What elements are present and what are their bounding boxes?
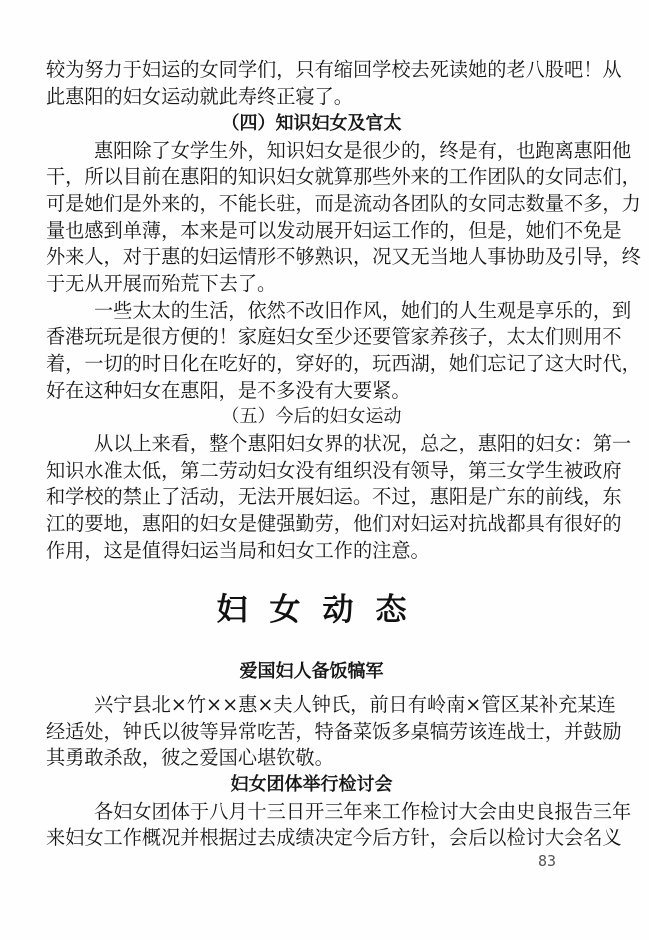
text-line: 干，所以目前在惠阳的知识妇女就算那些外来的工作团队的女同志们，	[46, 164, 577, 190]
text-line: 各妇女团体于八月十三日开三年来工作检讨大会由史良报告三年	[94, 799, 577, 825]
chapter-title: 妇女动态	[46, 590, 577, 630]
text-line: 江的要地，惠阳的妇女是健强勤劳，他们对妇运对抗战都具有很好的	[46, 511, 577, 537]
text-line: 兴宁县北×竹××惠×夫人钟氏，前日有岭南×管区某补充某连	[94, 692, 577, 718]
text-line: 此惠阳的妇女运动就此寿终正寝了。	[46, 84, 577, 110]
section-heading: （四）知识妇女及官太	[46, 111, 577, 137]
text-line: 好在这种妇女在惠阳，是不多没有大要紧。	[46, 378, 577, 404]
text-line: 来妇女工作概况并根据过去成绩决定今后方针，会后以检讨大会名义	[46, 825, 577, 851]
text-line: 作用，这是值得妇运当局和妇女工作的注意。	[46, 538, 577, 564]
news-heading: 爱国妇人备饭犒军	[46, 659, 577, 685]
page-number: 83	[538, 852, 556, 870]
text-line: 经适处，钟氏以彼等异常吃苦，特备菜饭多桌犒劳该连战士，并鼓励	[46, 719, 577, 745]
text-line: 香港玩玩是很方便的！家庭妇女至少还要管家养孩子，太太们则用不	[46, 324, 577, 350]
text-line: 一些太太的生活，依然不改旧作风，她们的人生观是享乐的，到	[94, 298, 577, 324]
text-line: 着，一切的时日化在吃好的，穿好的，玩西湖，她们忘记了这大时代，	[46, 351, 577, 377]
text-line: 于无从开展而殆荒下去了。	[46, 271, 577, 297]
text-line: 惠阳除了女学生外，知识妇女是很少的，终是有，也跑离惠阳他	[94, 138, 577, 164]
text-line: 和学校的禁止了活动，无法开展妇运。不过，惠阳是广东的前线，东	[46, 484, 577, 510]
text-line: 知识水准太低，第二劳动妇女没有组织没有领导，第三女学生被政府	[46, 458, 577, 484]
text-line: 可是她们是外来的，不能长驻，而是流动各团队的女同志数量不多，力	[46, 191, 577, 217]
text-line: 从以上来看，整个惠阳妇女界的状况，总之，惠阳的妇女：第一	[94, 431, 577, 457]
text-line: 较为努力于妇运的女同学们，只有缩回学校去死读她的老八股吧！从	[46, 57, 577, 83]
book-page: 较为努力于妇运的女同学们，只有缩回学校去死读她的老八股吧！从 此惠阳的妇女运动就…	[0, 0, 649, 940]
text-line: 外来人，对于惠的妇运情形不够熟识，况又无当地人事协助及引导，终	[46, 244, 577, 270]
section-heading: （五）今后的妇女运动	[46, 404, 577, 430]
text-line: 量也感到单薄，本来是可以发动展开妇运工作的，但是，她们不免是	[46, 218, 577, 244]
news-heading: 妇女团体举行检讨会	[46, 772, 577, 798]
text-line: 其勇敢杀敌，彼之爱国心堪钦敬。	[46, 745, 577, 771]
